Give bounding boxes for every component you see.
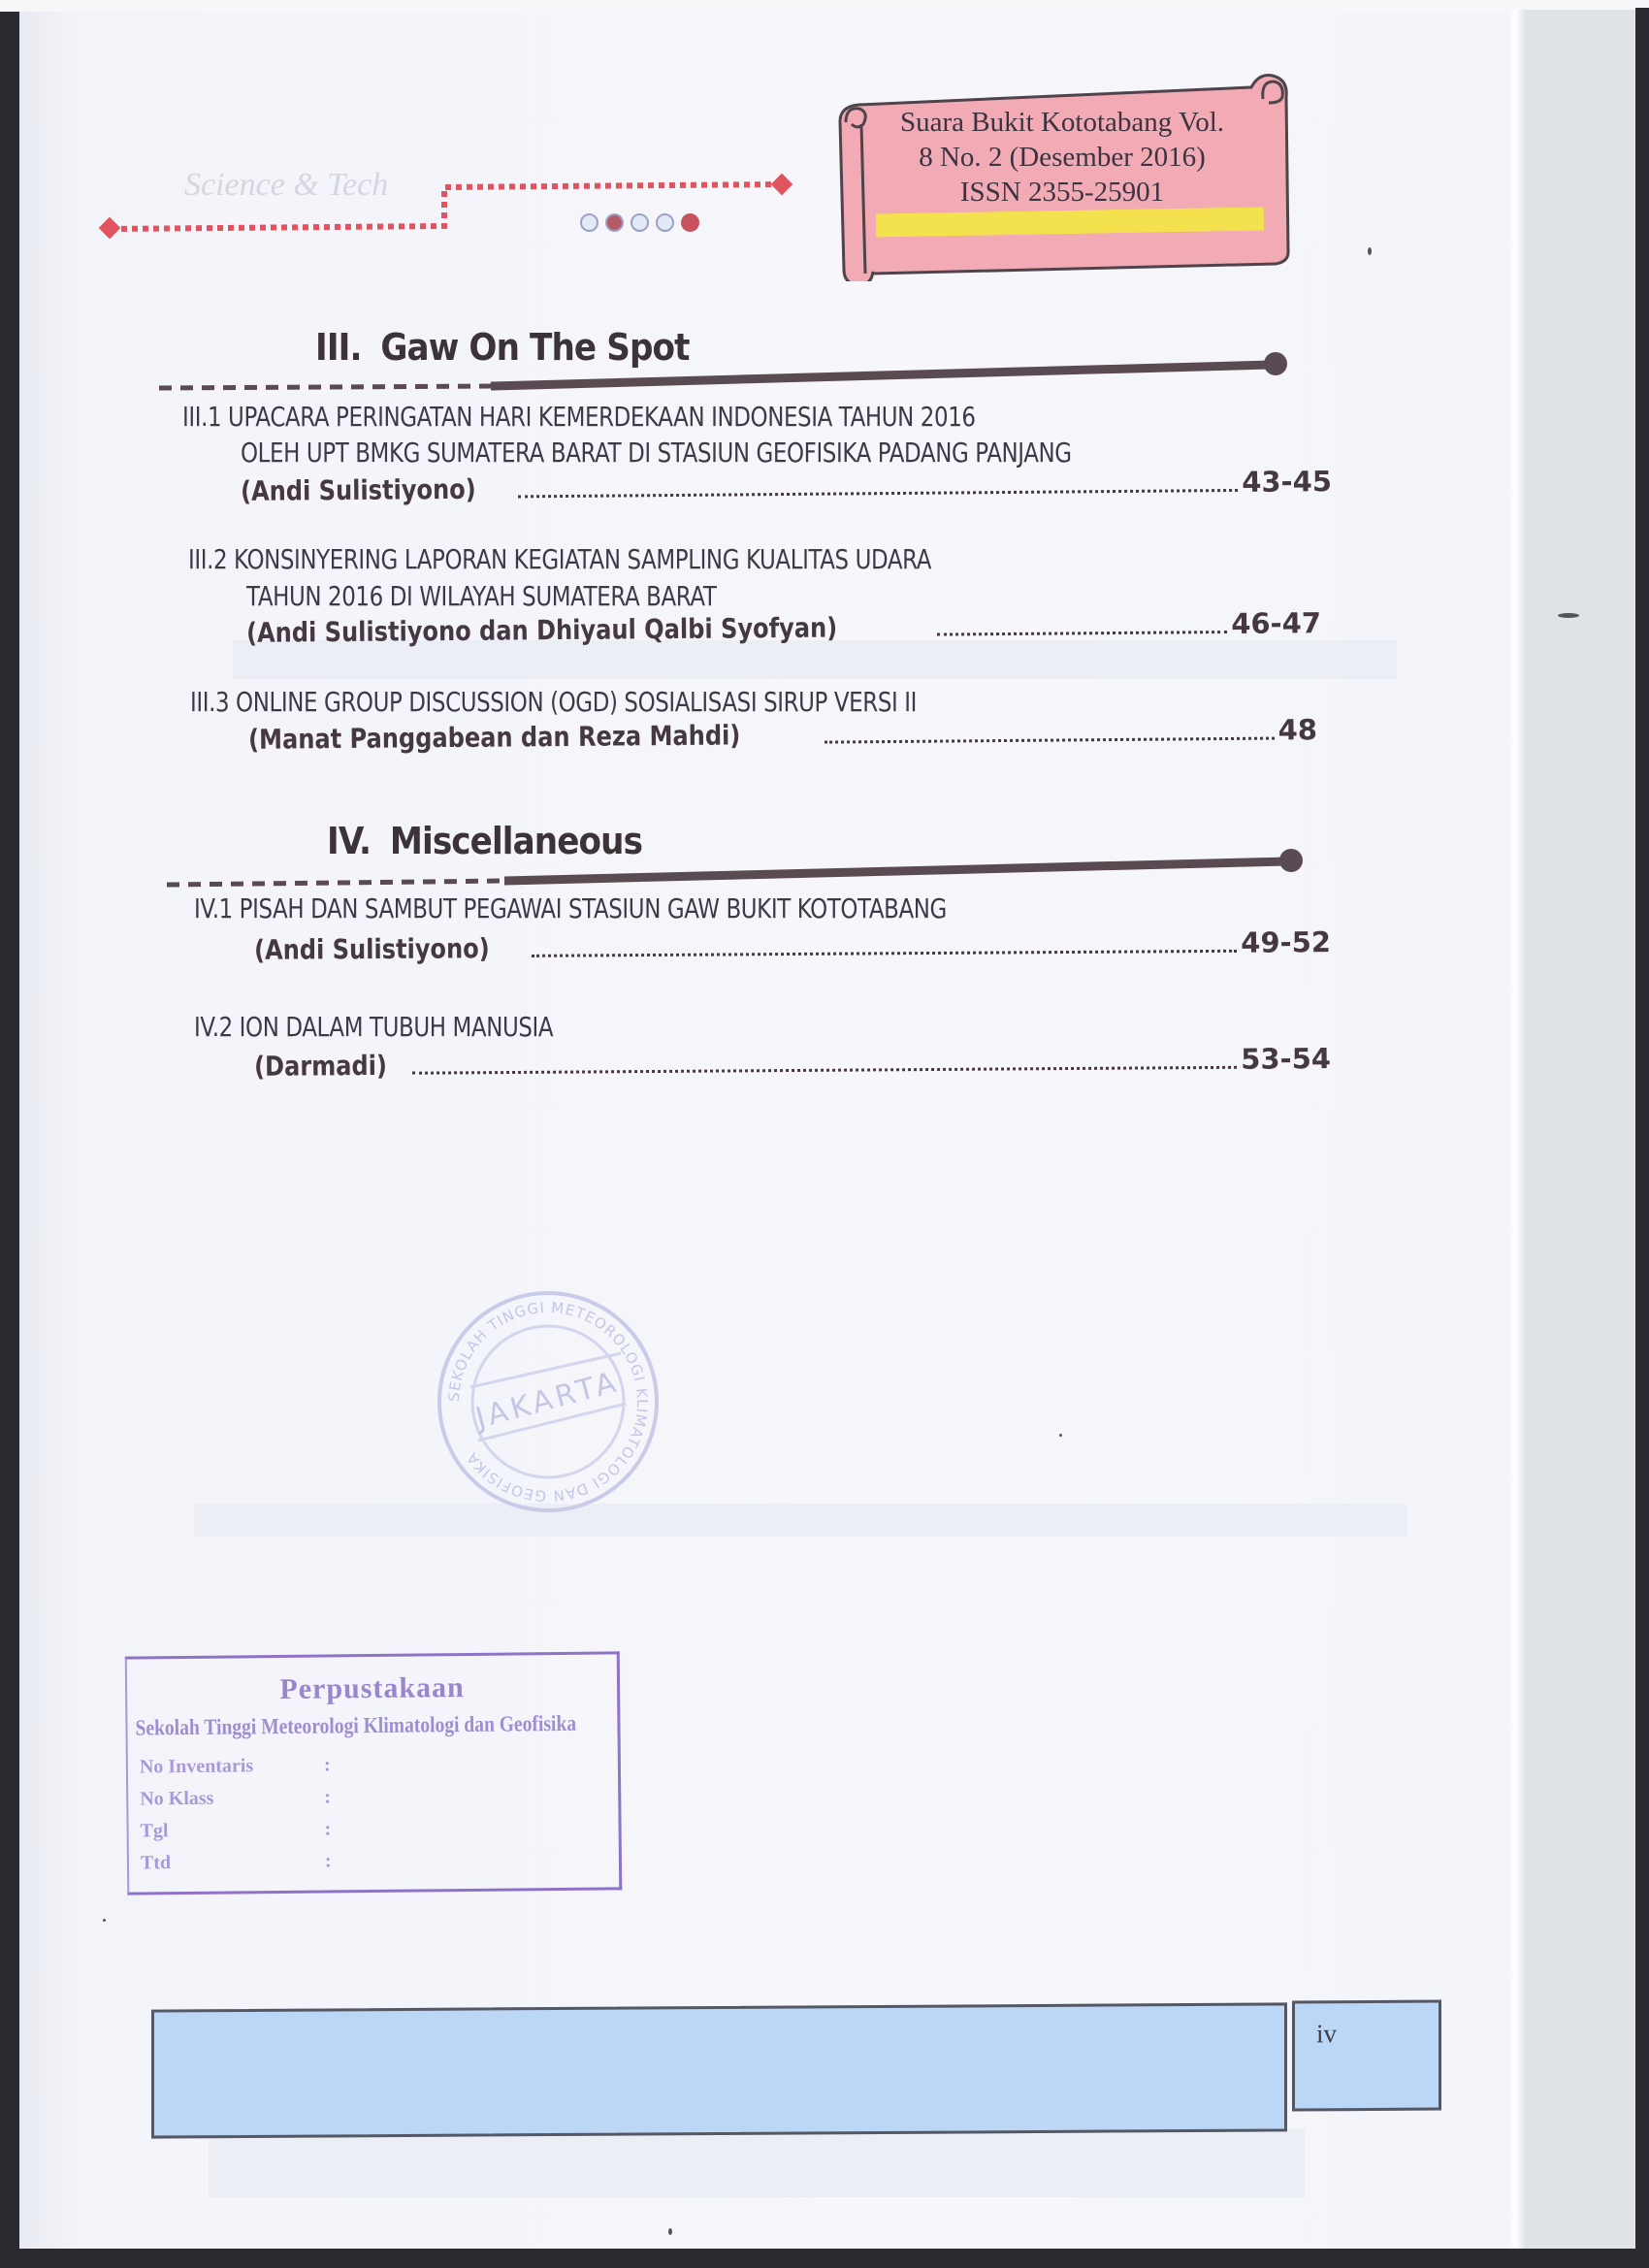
banner-line-volume: Suara Bukit Kototabang Vol. (854, 105, 1271, 140)
footer-bar (151, 2002, 1287, 2138)
page-edge (1526, 10, 1642, 2251)
library-stamp: Perpustakaan Sekolah Tinggi Meteorologi … (125, 1651, 623, 1895)
dot-leader (824, 736, 1275, 744)
toc-entry-pages: 48 (1277, 713, 1317, 746)
toc-entry-author: (Andi Sulistiyono) (241, 473, 476, 507)
stamp-field-separator: : (324, 1818, 331, 1840)
dot-leader (532, 949, 1237, 957)
stamp-field-label: No Klass (140, 1788, 213, 1810)
banner-line-issue: 8 No. 2 (Desember 2016) (854, 140, 1271, 175)
stamp-field-label: Ttd (141, 1852, 171, 1873)
decorative-dots (580, 213, 699, 232)
stamp-field-label: Tgl (140, 1820, 168, 1841)
toc-entry-author: (Andi Sulistiyono) (254, 932, 490, 966)
page-fold (1508, 10, 1526, 2251)
circle-icon (580, 213, 598, 232)
stamp-field-tgl: Tgl : (140, 1820, 168, 1842)
section-rule-iii (155, 347, 1300, 396)
ghost-block (194, 1504, 1406, 1537)
toc-entry-pages: 46-47 (1231, 606, 1321, 640)
stamp-field-label: No Inventaris (140, 1755, 253, 1777)
page-number-box: iv (1292, 2000, 1441, 2112)
scan-speck (1368, 247, 1372, 255)
toc-entry-title[interactable]: OLEH UPT BMKG SUMATERA BARAT DI STASIUN … (241, 437, 1072, 469)
toc-entry-author: (Andi Sulistiyono dan Dhiyaul Qalbi Syof… (246, 612, 837, 649)
toc-entry-title[interactable]: TAHUN 2016 DI WILAYAH SUMATERA BARAT (246, 580, 717, 612)
toc-entry-title[interactable]: III.2 KONSINYERING LAPORAN KEGIATAN SAMP… (188, 543, 931, 575)
scan-speck (103, 1919, 106, 1922)
toc-entry-title[interactable]: IV.2 ION DALAM TUBUH MANUSIA (194, 1011, 553, 1043)
scanner-top-edge (0, 0, 1649, 12)
scan-speck (1059, 1434, 1062, 1437)
stamp-field-ttd: Ttd : (141, 1852, 171, 1874)
scanner-bottom-edge (0, 2249, 1649, 2268)
library-stamp-institution: Sekolah Tinggi Meteorologi Klimatologi d… (135, 1711, 576, 1741)
toc-entry-title[interactable]: IV.1 PISAH DAN SAMBUT PEGAWAI STASIUN GA… (194, 892, 947, 924)
journal-banner-text: Suara Bukit Kototabang Vol. 8 No. 2 (Des… (854, 105, 1271, 210)
toc-entry-pages: 49-52 (1241, 925, 1331, 959)
section-rule-iv (163, 842, 1308, 891)
scan-speck (1558, 613, 1579, 618)
circle-icon (605, 213, 624, 232)
ghost-block (209, 2129, 1305, 2197)
stamp-field-separator: : (325, 1850, 332, 1872)
circle-icon (656, 213, 674, 232)
scan-speck (668, 2228, 672, 2235)
toc-entry-title[interactable]: III.1 UPACARA PERINGATAN HARI KEMERDEKAA… (182, 401, 976, 433)
toc-entry-title[interactable]: III.3 ONLINE GROUP DISCUSSION (OGD) SOSI… (190, 686, 917, 718)
page-number: iv (1316, 2019, 1337, 2049)
round-institution-stamp: SEKOLAH TINGGI METEOROLOGI KLIMATOLOGI D… (432, 1285, 664, 1518)
scanner-dark-edge (1635, 8, 1649, 2268)
library-stamp-title: Perpustakaan (127, 1669, 617, 1707)
banner-line-issn: ISSN 2355-25901 (854, 175, 1271, 210)
circle-icon (630, 213, 649, 232)
toc-entry-author: (Manat Panggabean dan Reza Mahdi) (248, 719, 741, 755)
toc-entry-author: (Darmadi) (254, 1050, 387, 1083)
stamp-field-inventaris: No Inventaris : (140, 1755, 253, 1778)
toc-entry-pages: 43-45 (1242, 465, 1332, 499)
toc-entry-pages: 53-54 (1241, 1042, 1331, 1076)
decorative-dotted-path (97, 165, 815, 252)
stamp-field-separator: : (324, 1754, 331, 1776)
circle-icon (681, 213, 699, 232)
stamp-center-text: JAKARTA (470, 1365, 624, 1437)
dot-leader (412, 1065, 1237, 1075)
stamp-field-klass: No Klass : (140, 1788, 213, 1811)
stamp-field-separator: : (324, 1786, 331, 1808)
dot-leader (937, 630, 1227, 636)
dot-leader (518, 488, 1238, 498)
